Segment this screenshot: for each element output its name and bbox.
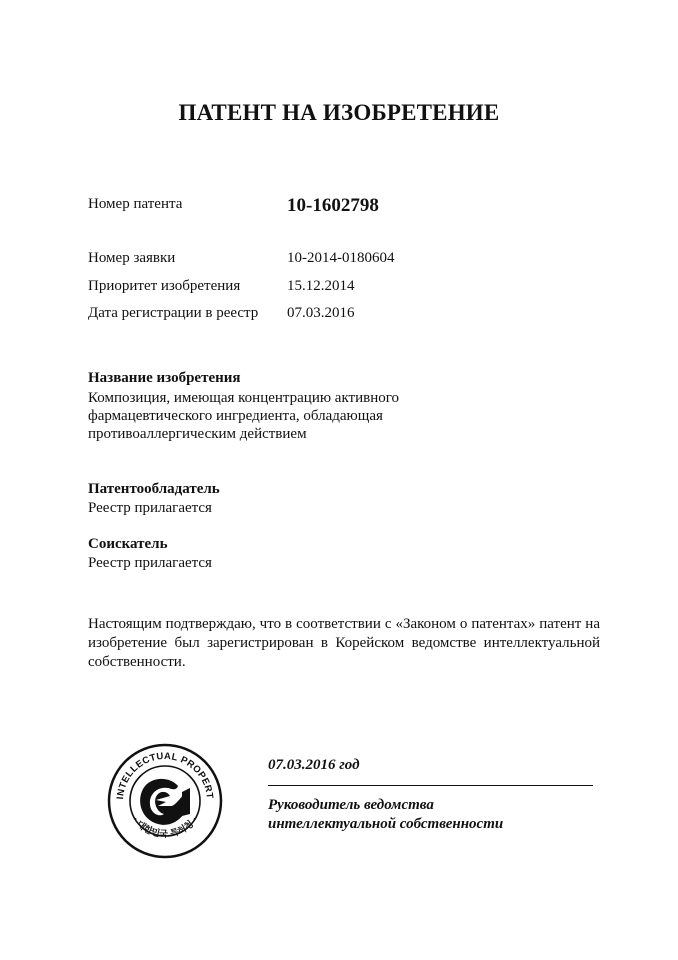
priority-value: 15.12.2014	[287, 278, 355, 295]
application-number-label: Номер заявки	[88, 250, 175, 267]
kipo-seal: KOREAN INTELLECTUAL PROPERTY OFFICE · 대한…	[106, 742, 224, 860]
invention-name-line: фармацевтического ингредиента, обладающа…	[88, 407, 399, 425]
patent-holder-heading: Патентообладатель	[88, 481, 220, 498]
signatory-title: Руководитель ведомства интеллектуальной …	[268, 796, 503, 834]
patent-number-label: Номер патента	[88, 196, 182, 213]
signature-date: 07.03.2016 год	[268, 757, 360, 774]
invention-name-line: противоаллергическим действием	[88, 425, 399, 443]
invention-name-text: Композиция, имеющая концентрацию активно…	[88, 389, 399, 443]
signatory-title-line: Руководитель ведомства	[268, 796, 503, 815]
application-number-value: 10-2014-0180604	[287, 250, 395, 267]
priority-label: Приоритет изобретения	[88, 278, 240, 295]
invention-name-line: Композиция, имеющая концентрацию активно…	[88, 389, 399, 407]
kipo-emblem-icon: KOREAN INTELLECTUAL PROPERTY OFFICE · 대한…	[106, 742, 224, 860]
applicant-heading: Соискатель	[88, 536, 168, 553]
invention-name-heading: Название изобретения	[88, 370, 241, 387]
patent-holder-value: Реестр прилагается	[88, 499, 212, 517]
patent-number-value: 10-1602798	[287, 195, 379, 217]
applicant-value: Реестр прилагается	[88, 554, 212, 572]
registration-date-label: Дата регистрации в реестр	[88, 305, 258, 322]
document-title: ПАТЕНТ НА ИЗОБРЕТЕНИЕ	[0, 100, 678, 126]
signatory-title-line: интеллектуальной собственности	[268, 815, 503, 834]
signature-line	[268, 785, 593, 786]
certification-statement: Настоящим подтверждаю, что в соответстви…	[88, 615, 600, 672]
registration-date-value: 07.03.2016	[287, 305, 355, 322]
